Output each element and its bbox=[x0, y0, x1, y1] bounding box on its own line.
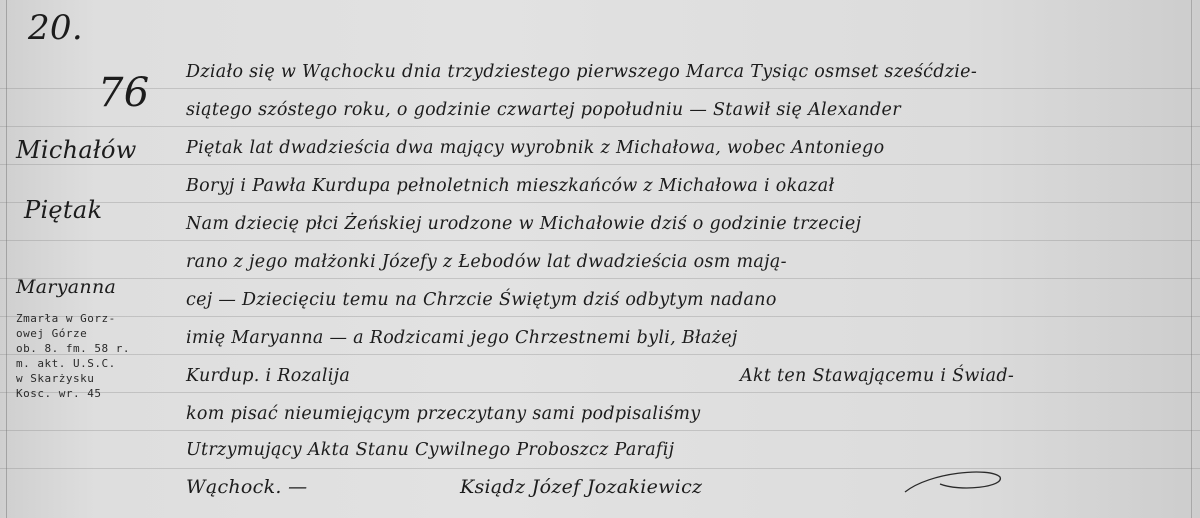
record-line: Boryj i Pawła Kurdupa pełnoletnich miesz… bbox=[186, 176, 834, 196]
margin-annotation-line: ob. 8. fm. 58 r. bbox=[16, 342, 130, 355]
record-line: imię Maryanna — a Rodzicami jego Chrzest… bbox=[186, 328, 738, 348]
record-line-tail: Akt ten Stawającemu i Świad- bbox=[740, 366, 1014, 386]
page-number: 20. bbox=[28, 8, 83, 48]
ruled-line bbox=[0, 164, 1200, 165]
ruled-line bbox=[0, 240, 1200, 241]
record-line: rano z jego małżonki Józefy z Łebodów la… bbox=[186, 252, 787, 272]
record-line: Piętak lat dwadzieścia dwa mający wyrobn… bbox=[186, 138, 884, 158]
ruled-line bbox=[0, 88, 1200, 89]
ruled-line bbox=[0, 392, 1200, 393]
margin-annotation-line: w Skarżysku bbox=[16, 372, 94, 385]
signature-priest: Ksiądz Józef Jozakiewicz bbox=[460, 476, 702, 498]
record-line: Nam dziecię płci Żeńskiej urodzone w Mic… bbox=[186, 214, 861, 234]
ruled-line bbox=[0, 468, 1200, 469]
entry-number: 76 bbox=[98, 70, 150, 116]
record-line: kom pisać nieumiejącym przeczytany sami … bbox=[186, 404, 700, 424]
margin-annotation-line: m. akt. U.S.C. bbox=[16, 357, 116, 370]
ruled-line bbox=[0, 354, 1200, 355]
record-line: Utrzymujący Akta Stanu Cywilnego Probosz… bbox=[186, 440, 674, 460]
page-right-edge bbox=[1191, 0, 1192, 518]
margin-surname: Piętak bbox=[24, 196, 102, 224]
ruled-line bbox=[0, 316, 1200, 317]
page-left-edge bbox=[6, 0, 7, 518]
ruled-line bbox=[0, 278, 1200, 279]
signature-place: Wąchock. — bbox=[186, 476, 307, 498]
margin-village: Michałów bbox=[16, 136, 137, 164]
record-page: 20. 76 Michałów Piętak Maryanna Zmarła w… bbox=[0, 0, 1200, 518]
ruled-line bbox=[0, 430, 1200, 431]
signature-flourish-icon bbox=[900, 462, 1010, 502]
ruled-line bbox=[0, 126, 1200, 127]
margin-child-name: Maryanna bbox=[16, 276, 116, 298]
margin-annotation-line: Kosc. wr. 45 bbox=[16, 387, 101, 400]
record-line: Działo się w Wąchocku dnia trzydziestego… bbox=[186, 62, 977, 82]
record-line: siątego szóstego roku, o godzinie czwart… bbox=[186, 100, 901, 120]
margin-annotation-line: Zmarła w Gorz- bbox=[16, 312, 116, 325]
margin-annotation-line: owej Górze bbox=[16, 327, 87, 340]
record-line: Kurdup. i Rozalija bbox=[186, 366, 350, 386]
ruled-line bbox=[0, 202, 1200, 203]
record-line: cej — Dziecięciu temu na Chrzcie Świętym… bbox=[186, 290, 777, 310]
